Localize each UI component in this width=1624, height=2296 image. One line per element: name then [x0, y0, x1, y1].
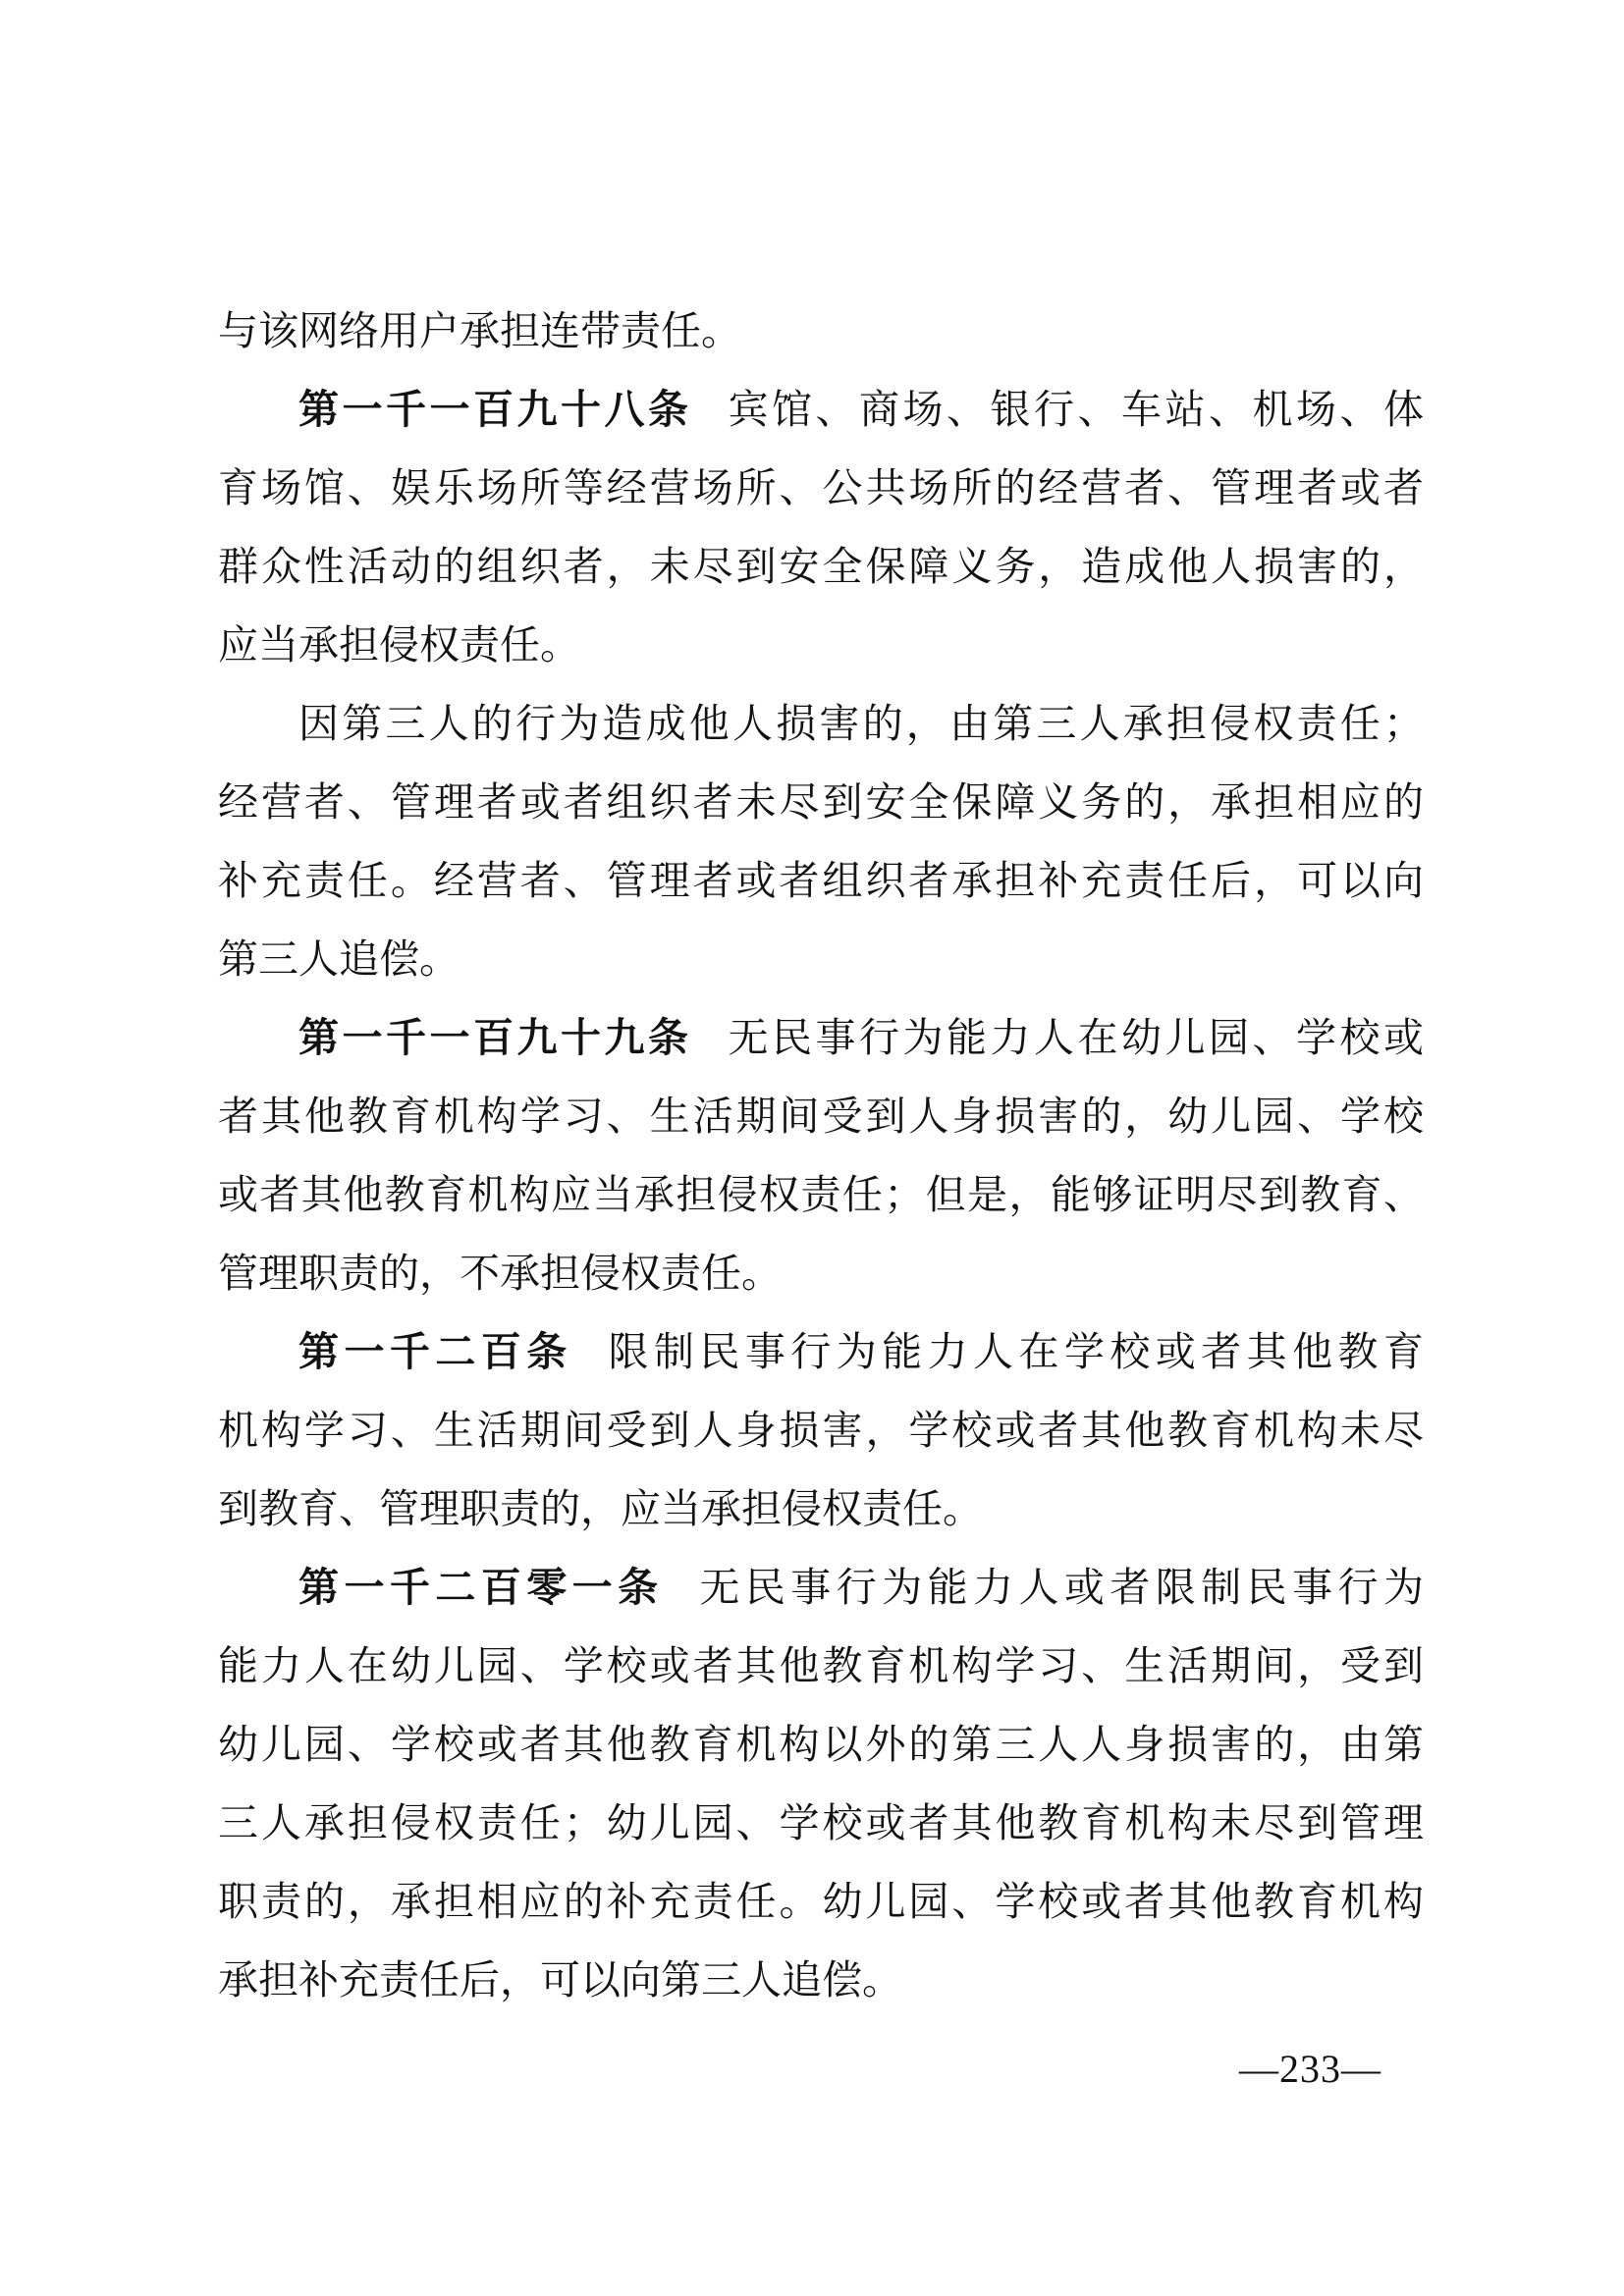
document-page: 与该网络用户承担连带责任。 第一千一百九十八条宾馆、商场、银行、车站、机场、体 … [0, 0, 1624, 2296]
text-line: 第一千二百零一条无民事行为能力人或者限制民事行为 [218, 1548, 1424, 1627]
text-line: 第一千一百九十九条无民事行为能力人在幼儿园、学校或 [218, 998, 1424, 1077]
line-text: 职责的，承担相应的补充责任。幼儿园、学校或者其他教育机构 [218, 1879, 1424, 1924]
text-line: 承担补充责任后，可以向第三人追偿。 [218, 1941, 1424, 2019]
line-text: 者其他教育机构学习、生活期间受到人身损害的，幼儿园、学校 [218, 1094, 1424, 1139]
text-line: 应当承担侵权责任。 [218, 606, 1424, 684]
article-number: 第一千一百九十八条 [298, 387, 692, 432]
article-number: 第一千二百零一条 [298, 1565, 664, 1610]
line-text: 管理职责的，不承担侵权责任。 [218, 1251, 782, 1296]
line-text: 群众性活动的组织者，未尽到安全保障义务，造成他人损害的， [218, 544, 1424, 589]
text-line: 三人承担侵权责任；幼儿园、学校或者其他教育机构未尽到管理 [218, 1784, 1424, 1862]
article-number: 第一千一百九十九条 [298, 1015, 692, 1060]
line-text: 到教育、管理职责的，应当承担侵权责任。 [218, 1486, 983, 1531]
text-line: 能力人在幼儿园、学校或者其他教育机构学习、生活期间，受到 [218, 1627, 1424, 1705]
text-line: 育场馆、娱乐场所等经营场所、公共场所的经营者、管理者或者 [218, 449, 1424, 527]
line-text: 应当承担侵权责任。 [218, 622, 580, 667]
text-line: 者其他教育机构学习、生活期间受到人身损害的，幼儿园、学校 [218, 1077, 1424, 1155]
line-text: 或者其他教育机构应当承担侵权责任；但是，能够证明尽到教育、 [218, 1172, 1424, 1217]
line-text: 三人承担侵权责任；幼儿园、学校或者其他教育机构未尽到管理 [218, 1800, 1424, 1845]
page-number: —233— [1239, 2048, 1381, 2091]
text-line: 职责的，承担相应的补充责任。幼儿园、学校或者其他教育机构 [218, 1862, 1424, 1941]
line-text: 承担补充责任后，可以向第三人追偿。 [218, 1957, 902, 2002]
text-line: 幼儿园、学校或者其他教育机构以外的第三人人身损害的，由第 [218, 1705, 1424, 1784]
line-text: 因第三人的行为造成他人损害的，由第三人承担侵权责任； [298, 701, 1424, 746]
text-line: 第一千二百条限制民事行为能力人在学校或者其他教育 [218, 1312, 1424, 1391]
text-line: 机构学习、生活期间受到人身损害，学校或者其他教育机构未尽 [218, 1391, 1424, 1469]
line-text: 育场馆、娱乐场所等经营场所、公共场所的经营者、管理者或者 [218, 465, 1424, 510]
text-line: 管理职责的，不承担侵权责任。 [218, 1234, 1424, 1312]
line-text: 限制民事行为能力人在学校或者其他教育 [609, 1329, 1424, 1374]
line-text: 无民事行为能力人在幼儿园、学校或 [728, 1015, 1424, 1060]
text-line: 群众性活动的组织者，未尽到安全保障义务，造成他人损害的， [218, 527, 1424, 606]
line-text: 幼儿园、学校或者其他教育机构以外的第三人人身损害的，由第 [218, 1722, 1424, 1767]
text-line: 到教育、管理职责的，应当承担侵权责任。 [218, 1469, 1424, 1548]
text-line: 补充责任。经营者、管理者或者组织者承担补充责任后，可以向 [218, 841, 1424, 920]
text-line: 因第三人的行为造成他人损害的，由第三人承担侵权责任； [218, 684, 1424, 763]
line-text: 经营者、管理者或者组织者未尽到安全保障义务的，承担相应的 [218, 779, 1424, 825]
text-block: 与该网络用户承担连带责任。 第一千一百九十八条宾馆、商场、银行、车站、机场、体 … [218, 292, 1424, 2019]
line-text: 补充责任。经营者、管理者或者组织者承担补充责任后，可以向 [218, 858, 1424, 903]
text-line: 第三人追偿。 [218, 920, 1424, 998]
article-number: 第一千二百条 [298, 1329, 572, 1374]
text-line: 第一千一百九十八条宾馆、商场、银行、车站、机场、体 [218, 370, 1424, 449]
text-line: 或者其他教育机构应当承担侵权责任；但是，能够证明尽到教育、 [218, 1155, 1424, 1234]
line-text: 宾馆、商场、银行、车站、机场、体 [728, 387, 1424, 432]
line-text: 能力人在幼儿园、学校或者其他教育机构学习、生活期间，受到 [218, 1643, 1424, 1688]
line-text: 与该网络用户承担连带责任。 [218, 308, 741, 353]
line-text: 机构学习、生活期间受到人身损害，学校或者其他教育机构未尽 [218, 1408, 1424, 1453]
line-text: 第三人追偿。 [218, 936, 460, 982]
text-line: 经营者、管理者或者组织者未尽到安全保障义务的，承担相应的 [218, 763, 1424, 841]
line-text: 无民事行为能力人或者限制民事行为 [699, 1565, 1424, 1610]
text-line: 与该网络用户承担连带责任。 [218, 292, 1424, 370]
